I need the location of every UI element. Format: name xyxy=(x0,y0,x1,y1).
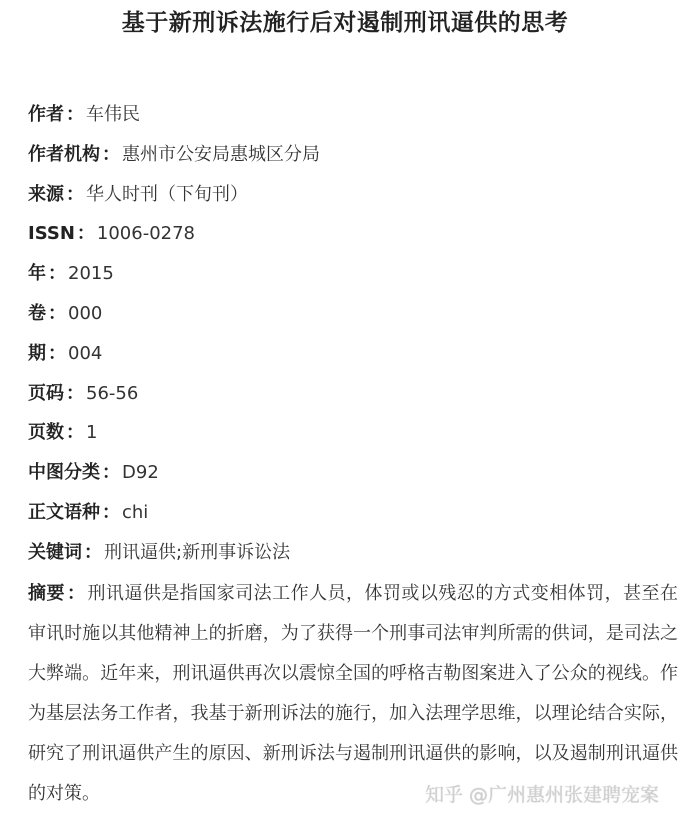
field-value: 刑讯逼供;新刑事诉讼法 xyxy=(104,542,290,563)
field-value: 1 xyxy=(86,422,97,443)
field-label: 来源 xyxy=(28,184,64,205)
field-value: 车伟民 xyxy=(86,104,140,125)
field-separator: ： xyxy=(64,422,86,443)
abstract-label: 摘要 xyxy=(28,583,65,604)
field-label: 页数 xyxy=(28,422,64,443)
field-value: 56-56 xyxy=(86,383,138,404)
field-separator: ： xyxy=(100,502,122,523)
abstract-paragraph: 摘要：刑讯逼供是指国家司法工作人员，体罚或以残忍的方式变相体罚，甚至在审讯时施以… xyxy=(28,574,678,814)
metadata-list: 作者：车伟民 作者机构：惠州市公安局惠城区分局 来源：华人时刊（下旬刊） ISS… xyxy=(28,100,678,578)
page-title: 基于新刑诉法施行后对遏制刑讯逼供的思考 xyxy=(0,4,690,37)
metadata-row-source: 来源：华人时刊（下旬刊） xyxy=(28,180,678,220)
field-value: chi xyxy=(122,502,148,523)
field-separator: ： xyxy=(75,223,97,244)
metadata-row-page-count: 页数：1 xyxy=(28,418,678,458)
metadata-row-classification: 中图分类：D92 xyxy=(28,458,678,498)
field-value: 惠州市公安局惠城区分局 xyxy=(122,144,320,165)
metadata-row-pages: 页码：56-56 xyxy=(28,379,678,419)
field-label: 关键词 xyxy=(28,542,82,563)
field-value: 004 xyxy=(68,343,102,364)
field-separator: ： xyxy=(64,383,86,404)
metadata-row-issue: 期：004 xyxy=(28,339,678,379)
field-label: ISSN xyxy=(28,223,75,244)
field-separator: ： xyxy=(100,144,122,165)
field-value: 2015 xyxy=(68,263,114,284)
field-label: 正文语种 xyxy=(28,502,100,523)
field-value: 1006-0278 xyxy=(97,223,195,244)
metadata-row-issn: ISSN：1006-0278 xyxy=(28,219,678,259)
metadata-row-keywords: 关键词：刑讯逼供;新刑事诉讼法 xyxy=(28,538,678,578)
field-separator: ： xyxy=(64,104,86,125)
field-label: 中图分类 xyxy=(28,462,100,483)
field-label: 页码 xyxy=(28,383,64,404)
field-separator: ： xyxy=(46,303,68,324)
field-value: 000 xyxy=(68,303,102,324)
field-label: 期 xyxy=(28,343,46,364)
field-separator: ： xyxy=(64,184,86,205)
metadata-row-institution: 作者机构：惠州市公安局惠城区分局 xyxy=(28,140,678,180)
field-value: D92 xyxy=(122,462,159,483)
field-label: 作者机构 xyxy=(28,144,100,165)
metadata-row-year: 年：2015 xyxy=(28,259,678,299)
abstract-text: 刑讯逼供是指国家司法工作人员，体罚或以残忍的方式变相体罚，甚至在审讯时施以其他精… xyxy=(28,583,678,804)
metadata-row-volume: 卷：000 xyxy=(28,299,678,339)
field-label: 卷 xyxy=(28,303,46,324)
field-separator: ： xyxy=(46,343,68,364)
field-value: 华人时刊（下旬刊） xyxy=(86,184,248,205)
field-separator: ： xyxy=(46,263,68,284)
watermark: 知乎 @广州惠州张建聘宠案 xyxy=(425,780,659,807)
metadata-row-language: 正文语种：chi xyxy=(28,498,678,538)
field-label: 年 xyxy=(28,263,46,284)
field-separator: ： xyxy=(82,542,104,563)
field-label: 作者 xyxy=(28,104,64,125)
metadata-row-author: 作者：车伟民 xyxy=(28,100,678,140)
field-separator: ： xyxy=(65,583,87,604)
field-separator: ： xyxy=(100,462,122,483)
